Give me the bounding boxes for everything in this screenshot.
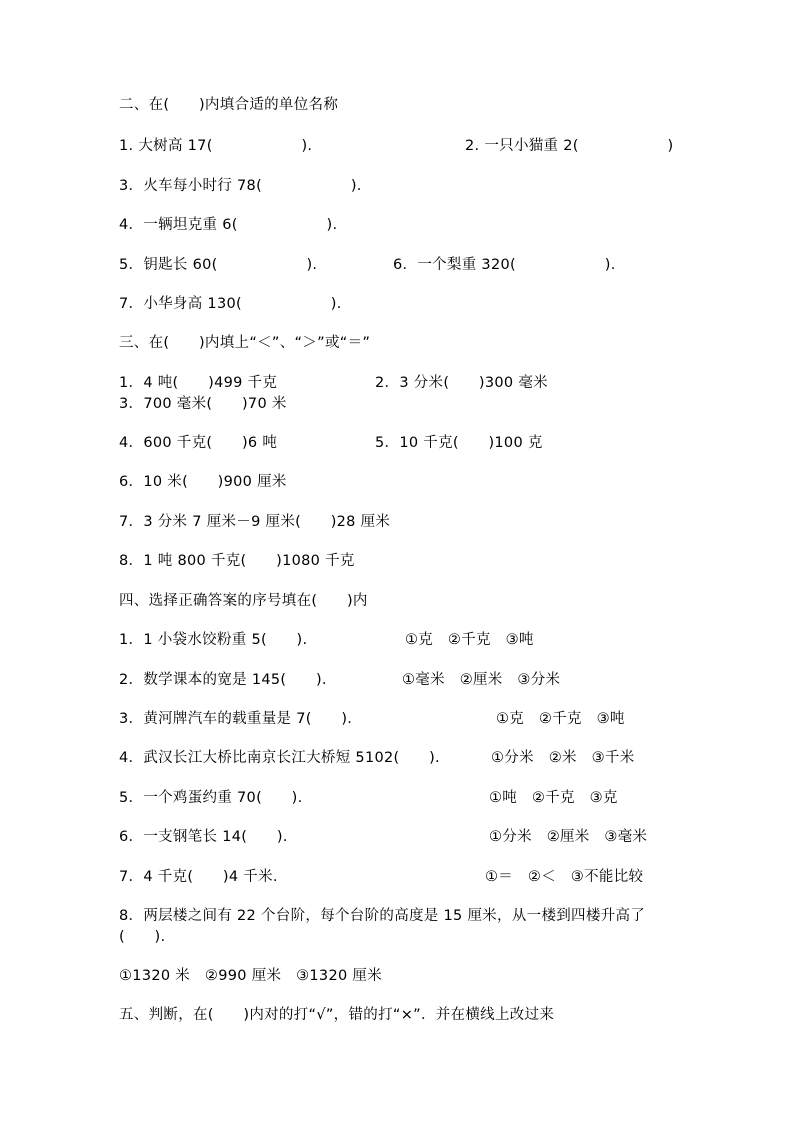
s4-item-1-question: 1．1 小袋水饺粉重 5( ). [119, 631, 307, 649]
s2-item-7: 7．小华身高 130( ). [119, 295, 342, 313]
s3-item-2: 2．3 分米( )300 毫米 [375, 374, 548, 392]
s2-item-5: 5．钥匙长 60( ). [119, 256, 317, 274]
s3-item-1: 1．4 吨( )499 千克 [119, 374, 277, 392]
section-4-heading: 四、选择正确答案的序号填在( )内 [119, 592, 368, 610]
s3-item-5: 5．10 千克( )100 克 [375, 434, 543, 452]
s4-item-7-options: ①＝ ②＜ ③不能比较 [485, 868, 643, 886]
s4-item-5-options: ①吨 ②千克 ③克 [489, 789, 618, 807]
s2-item-4: 4．一辆坦克重 6( ). [119, 216, 337, 234]
s4-item-4-question: 4．武汉长江大桥比南京长江大桥短 5102( ). [119, 749, 440, 767]
s2-item-1: 1. 大树高 17( ). [119, 137, 312, 155]
s4-item-8-question: 8．两层楼之间有 22 个台阶，每个台阶的高度是 15 厘米，从一楼到四楼升高了 [119, 907, 645, 925]
s3-item-4: 4．600 千克( )6 吨 [119, 434, 277, 452]
s3-item-6: 6．10 米( )900 厘米 [119, 473, 287, 491]
s2-item-2: 2. 一只小猫重 2( ) [465, 137, 674, 155]
s3-item-8: 8．1 吨 800 千克( )1080 千克 [119, 552, 355, 570]
s4-item-8-options: ①1320 米 ②990 厘米 ③1320 厘米 [119, 967, 382, 985]
s4-item-8-question-cont: ( ). [119, 928, 165, 946]
s4-item-7-question: 7．4 千克( )4 千米. [119, 868, 278, 886]
section-2-heading: 二、在( )内填合适的单位名称 [119, 96, 338, 114]
s4-item-5-question: 5．一个鸡蛋约重 70( ). [119, 789, 303, 807]
s4-item-3-question: 3．黄河牌汽车的载重量是 7( ). [119, 710, 352, 728]
s4-item-4-options: ①分米 ②米 ③千米 [491, 749, 635, 767]
s4-item-1-options: ①克 ②千克 ③吨 [405, 631, 534, 649]
s2-item-6: 6．一个梨重 320( ). [393, 256, 616, 274]
s4-item-2-question: 2．数学课本的宽是 145( ). [119, 671, 327, 689]
s2-item-3: 3．火车每小时行 78( ). [119, 177, 362, 195]
s3-item-3: 3．700 毫米( )70 米 [119, 395, 287, 413]
s3-item-7: 7．3 分米 7 厘米－9 厘米( )28 厘米 [119, 513, 390, 531]
section-3-heading: 三、在( )内填上“＜”、“＞”或“＝” [119, 334, 370, 352]
section-5-heading: 五、判断，在( )内对的打“√”，错的打“×”．并在横线上改过来 [119, 1006, 554, 1024]
s4-item-6-options: ①分米 ②厘米 ③毫米 [489, 828, 647, 846]
s4-item-6-question: 6．一支钢笔长 14( ). [119, 828, 288, 846]
s4-item-2-options: ①毫米 ②厘米 ③分米 [402, 671, 560, 689]
s4-item-3-options: ①克 ②千克 ③吨 [496, 710, 625, 728]
